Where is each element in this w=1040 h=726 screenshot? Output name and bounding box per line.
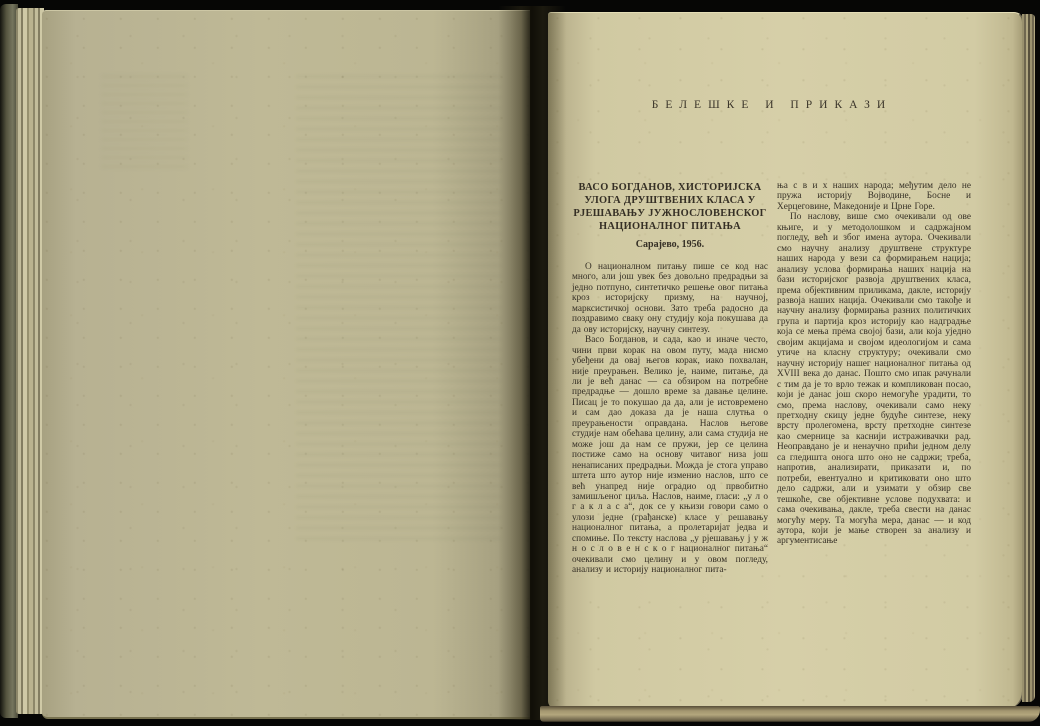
paragraph: О националном питању пише се код нас мно…	[572, 262, 768, 335]
bottom-page-stack-edge	[540, 706, 1040, 722]
right-text-page: БЕЛЕШКЕ И ПРИКАЗИ ВАСО БОГДАНОВ, ХИСТОРИ…	[548, 12, 1024, 709]
text-column-1: ВАСО БОГДАНОВ, ХИСТОРИЈСКА УЛОГА ДРУШТВЕ…	[572, 181, 768, 576]
left-page-stack-edges	[16, 8, 44, 714]
review-title: ВАСО БОГДАНОВ, ХИСТОРИЈСКА УЛОГА ДРУШТВЕ…	[572, 181, 768, 233]
text-column-2: ња с в и х наших народа; међутим дело не…	[777, 181, 971, 547]
text-showthrough	[296, 75, 501, 541]
paragraph: По наслову, више смо очекивали од ове књ…	[777, 212, 971, 547]
paragraph: ња с в и х наших народа; међутим дело не…	[777, 181, 971, 212]
right-page-stack-edges	[1022, 14, 1035, 702]
paragraph: Васо Богданов, и сада, као и иначе често…	[572, 335, 768, 575]
text-showthrough-blotch	[101, 75, 189, 174]
open-book-photo: БЕЛЕШКЕ И ПРИКАЗИ ВАСО БОГДАНОВ, ХИСТОРИ…	[0, 0, 1040, 726]
review-imprint: Сарајево, 1956.	[572, 239, 768, 250]
left-blank-page	[42, 10, 530, 719]
running-head: БЕЛЕШКЕ И ПРИКАЗИ	[572, 99, 972, 111]
column-1-body: О националном питању пише се код нас мно…	[572, 262, 768, 576]
column-2-body: ња с в и х наших народа; међутим дело не…	[777, 181, 971, 547]
